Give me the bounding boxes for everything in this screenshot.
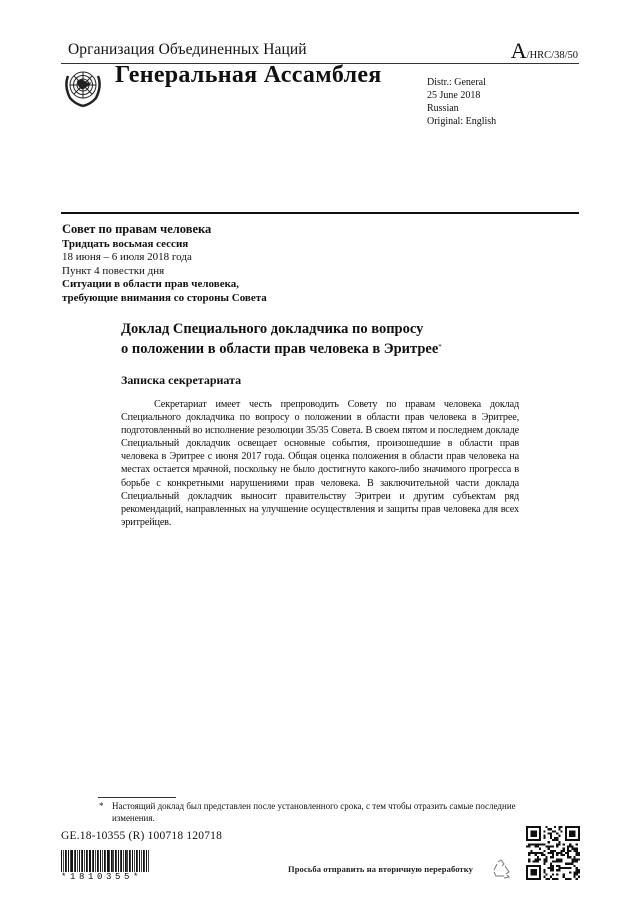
report-title-line: Доклад Специального докладчика по вопрос… [121, 320, 541, 338]
document-number: GE.18-10355 (R) 100718 120718 [61, 830, 222, 842]
agenda-item: Пункт 4 повестки дня [62, 265, 267, 279]
agenda-title-line: требующие внимания со стороны Совета [62, 292, 267, 306]
un-emblem-icon [62, 66, 104, 108]
distribution-block: Distr.: General 25 June 2018 Russian Ori… [427, 76, 496, 128]
footnote-text: Настоящий доклад был представлен после у… [112, 801, 516, 823]
session-block: Совет по правам человека Тридцать восьма… [62, 223, 267, 305]
footnote: * Настоящий доклад был представлен после… [112, 800, 522, 824]
summary-paragraph: Секретариат имеет честь препроводить Сов… [121, 398, 519, 529]
recycle-notice: Просьба отправить на вторичную переработ… [288, 864, 473, 874]
general-assembly-title: Генеральная Ассамблея [115, 62, 382, 89]
barcode [61, 850, 149, 872]
qr-code-icon [526, 826, 580, 880]
report-title-text: о положении в области прав человека в Эр… [121, 341, 438, 357]
council-name: Совет по правам человека [62, 223, 267, 237]
agenda-title-line: Ситуации в области прав человека, [62, 278, 267, 292]
footnote-rule [98, 797, 176, 798]
report-title: Доклад Специального докладчика по вопрос… [121, 320, 541, 358]
document-symbol-prefix: A [511, 38, 527, 63]
distribution-language: Russian [427, 102, 496, 115]
session-name: Тридцать восьмая сессия [62, 238, 267, 252]
distribution-date: 25 June 2018 [427, 89, 496, 102]
document-symbol-suffix: /HRC/38/50 [527, 50, 578, 61]
distribution-status: Distr.: General [427, 76, 496, 89]
section-rule [61, 212, 579, 214]
organization-name: Организация Объединенных Наций [68, 41, 307, 59]
document-symbol: A/HRC/38/50 [511, 38, 578, 64]
footnote-marker: * [438, 343, 442, 351]
distribution-original-language: Original: English [427, 115, 496, 128]
barcode-number: *1810355* [61, 872, 142, 882]
recycle-icon [490, 858, 512, 880]
footnote-marker: * [99, 800, 104, 812]
session-dates: 18 июня – 6 июля 2018 года [62, 251, 267, 265]
report-title-line: о положении в области прав человека в Эр… [121, 338, 541, 358]
note-heading: Записка секретариата [121, 373, 241, 388]
